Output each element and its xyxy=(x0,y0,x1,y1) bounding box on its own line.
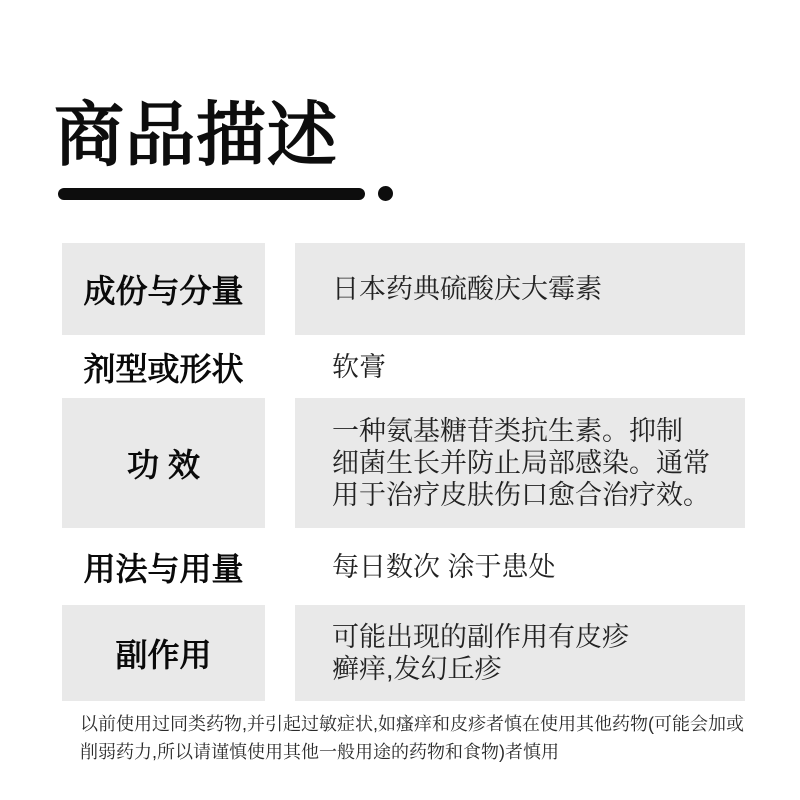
table-row: 副作用 可能出现的副作用有皮疹 癣痒,发幻丘疹 xyxy=(62,605,745,701)
row-label: 剂型或形状 xyxy=(62,335,265,398)
title-underline xyxy=(58,186,393,201)
column-gap xyxy=(265,605,295,701)
row-label: 用法与用量 xyxy=(62,528,265,605)
column-gap xyxy=(265,243,295,335)
row-label: 成份与分量 xyxy=(62,243,265,335)
row-value: 一种氨基糖苷类抗生素。抑制 细菌生长并防止局部感染。通常 用于治疗皮肤伤口愈合治… xyxy=(295,398,745,528)
column-gap xyxy=(265,398,295,528)
row-value: 可能出现的副作用有皮疹 癣痒,发幻丘疹 xyxy=(295,605,745,701)
row-label: 副作用 xyxy=(62,605,265,701)
precaution-footnote: 以前使用过同类药物,并引起过敏症状,如瘙痒和皮疹者慎在使用其他药物(可能会加或 … xyxy=(80,710,760,766)
column-gap xyxy=(265,528,295,605)
underline-bar xyxy=(58,188,365,200)
table-row: 用法与用量 每日数次 涂于患处 xyxy=(62,528,745,605)
table-row: 功 效 一种氨基糖苷类抗生素。抑制 细菌生长并防止局部感染。通常 用于治疗皮肤伤… xyxy=(62,398,745,528)
row-value: 每日数次 涂于患处 xyxy=(295,528,745,605)
row-value: 日本药典硫酸庆大霉素 xyxy=(295,243,745,335)
table-row: 成份与分量 日本药典硫酸庆大霉素 xyxy=(62,243,745,335)
row-label: 功 效 xyxy=(62,398,265,528)
spec-table: 成份与分量 日本药典硫酸庆大霉素 剂型或形状 软膏 功 效 一种氨基糖苷类抗生素… xyxy=(62,243,745,701)
row-value: 软膏 xyxy=(295,335,745,398)
underline-dot-icon xyxy=(378,186,393,201)
page-title: 商品描述 xyxy=(54,96,338,174)
column-gap xyxy=(265,335,295,398)
product-description-page: 商品描述 成份与分量 日本药典硫酸庆大霉素 剂型或形状 软膏 功 效 一种氨基糖… xyxy=(0,0,800,800)
table-row: 剂型或形状 软膏 xyxy=(62,335,745,398)
